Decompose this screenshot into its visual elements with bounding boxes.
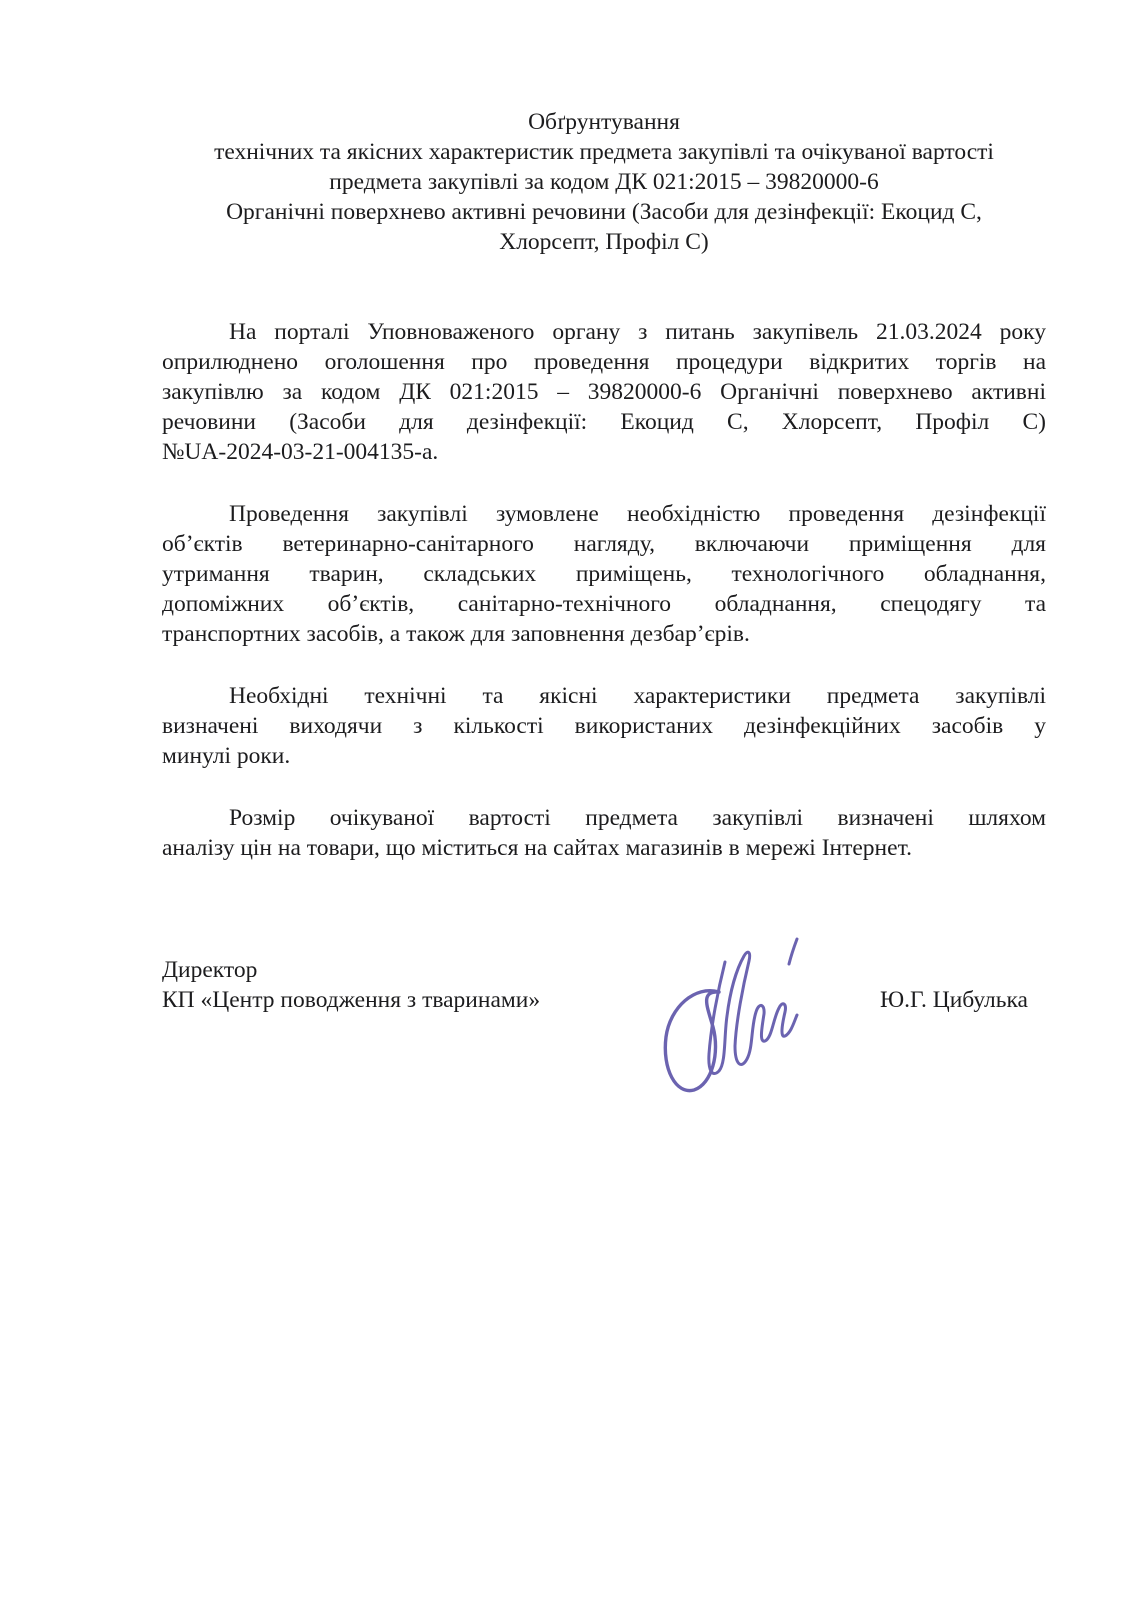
signer-name: Ю.Г. Цибулька [880,985,1028,1015]
body-paragraph-2: Проведення закупівлі зумовлене необхідні… [162,499,1046,649]
body-paragraph-4: Розмір очікуваної вартості предмета заку… [162,803,1046,863]
document-title: Обґрунтування технічних та якісних харак… [162,107,1046,257]
title-line-3: предмета закупівлі за кодом ДК 021:2015 … [162,167,1046,197]
paragraph-line: визначені виходячи з кількості використа… [162,711,1046,741]
body-paragraph-3: Необхідні технічні та якісні характерист… [162,681,1046,771]
title-line-1: Обґрунтування [162,107,1046,137]
paragraph-line: речовини (Засоби для дезінфекції: Екоцид… [162,407,1046,437]
paragraph-line: об’єктів ветеринарно-санітарного нагляду… [162,529,1046,559]
paragraph-line: Розмір очікуваної вартості предмета заку… [162,803,1046,833]
paragraph-line: оприлюднено оголошення про проведення пр… [162,347,1046,377]
signer-position: Директор [162,955,540,985]
signer-position-org: Директор КП «Центр поводження з тваринам… [162,955,540,1015]
paragraph-line: На порталі Уповноваженого органу з питан… [162,317,1046,347]
title-line-5: Хлорсепт, Профіл С) [162,227,1046,257]
paragraph-line: Необхідні технічні та якісні характерист… [162,681,1046,711]
signer-organization: КП «Центр поводження з тваринами» [162,985,540,1015]
body-paragraph-1: На порталі Уповноваженого органу з питан… [162,317,1046,467]
paragraph-line: транспортних засобів, а також для заповн… [162,619,1046,649]
title-line-4: Органічні поверхнево активні речовини (З… [162,197,1046,227]
title-line-2: технічних та якісних характеристик предм… [162,137,1046,167]
paragraph-line: допоміжних об’єктів, санітарно-технічног… [162,589,1046,619]
document-page: Обґрунтування технічних та якісних харак… [0,0,1131,1600]
paragraph-line: утримання тварин, складських приміщень, … [162,559,1046,589]
paragraph-line: закупівлю за кодом ДК 021:2015 – 3982000… [162,377,1046,407]
paragraph-line: аналізу цін на товари, що міститься на с… [162,833,1046,863]
signature-block: Директор КП «Центр поводження з тваринам… [162,955,1046,1015]
paragraph-line: Проведення закупівлі зумовлене необхідні… [162,499,1046,529]
paragraph-line: №UA-2024-03-21-004135-а. [162,437,1046,467]
paragraph-line: минулі роки. [162,741,1046,771]
document-content: Обґрунтування технічних та якісних харак… [162,107,1046,1015]
